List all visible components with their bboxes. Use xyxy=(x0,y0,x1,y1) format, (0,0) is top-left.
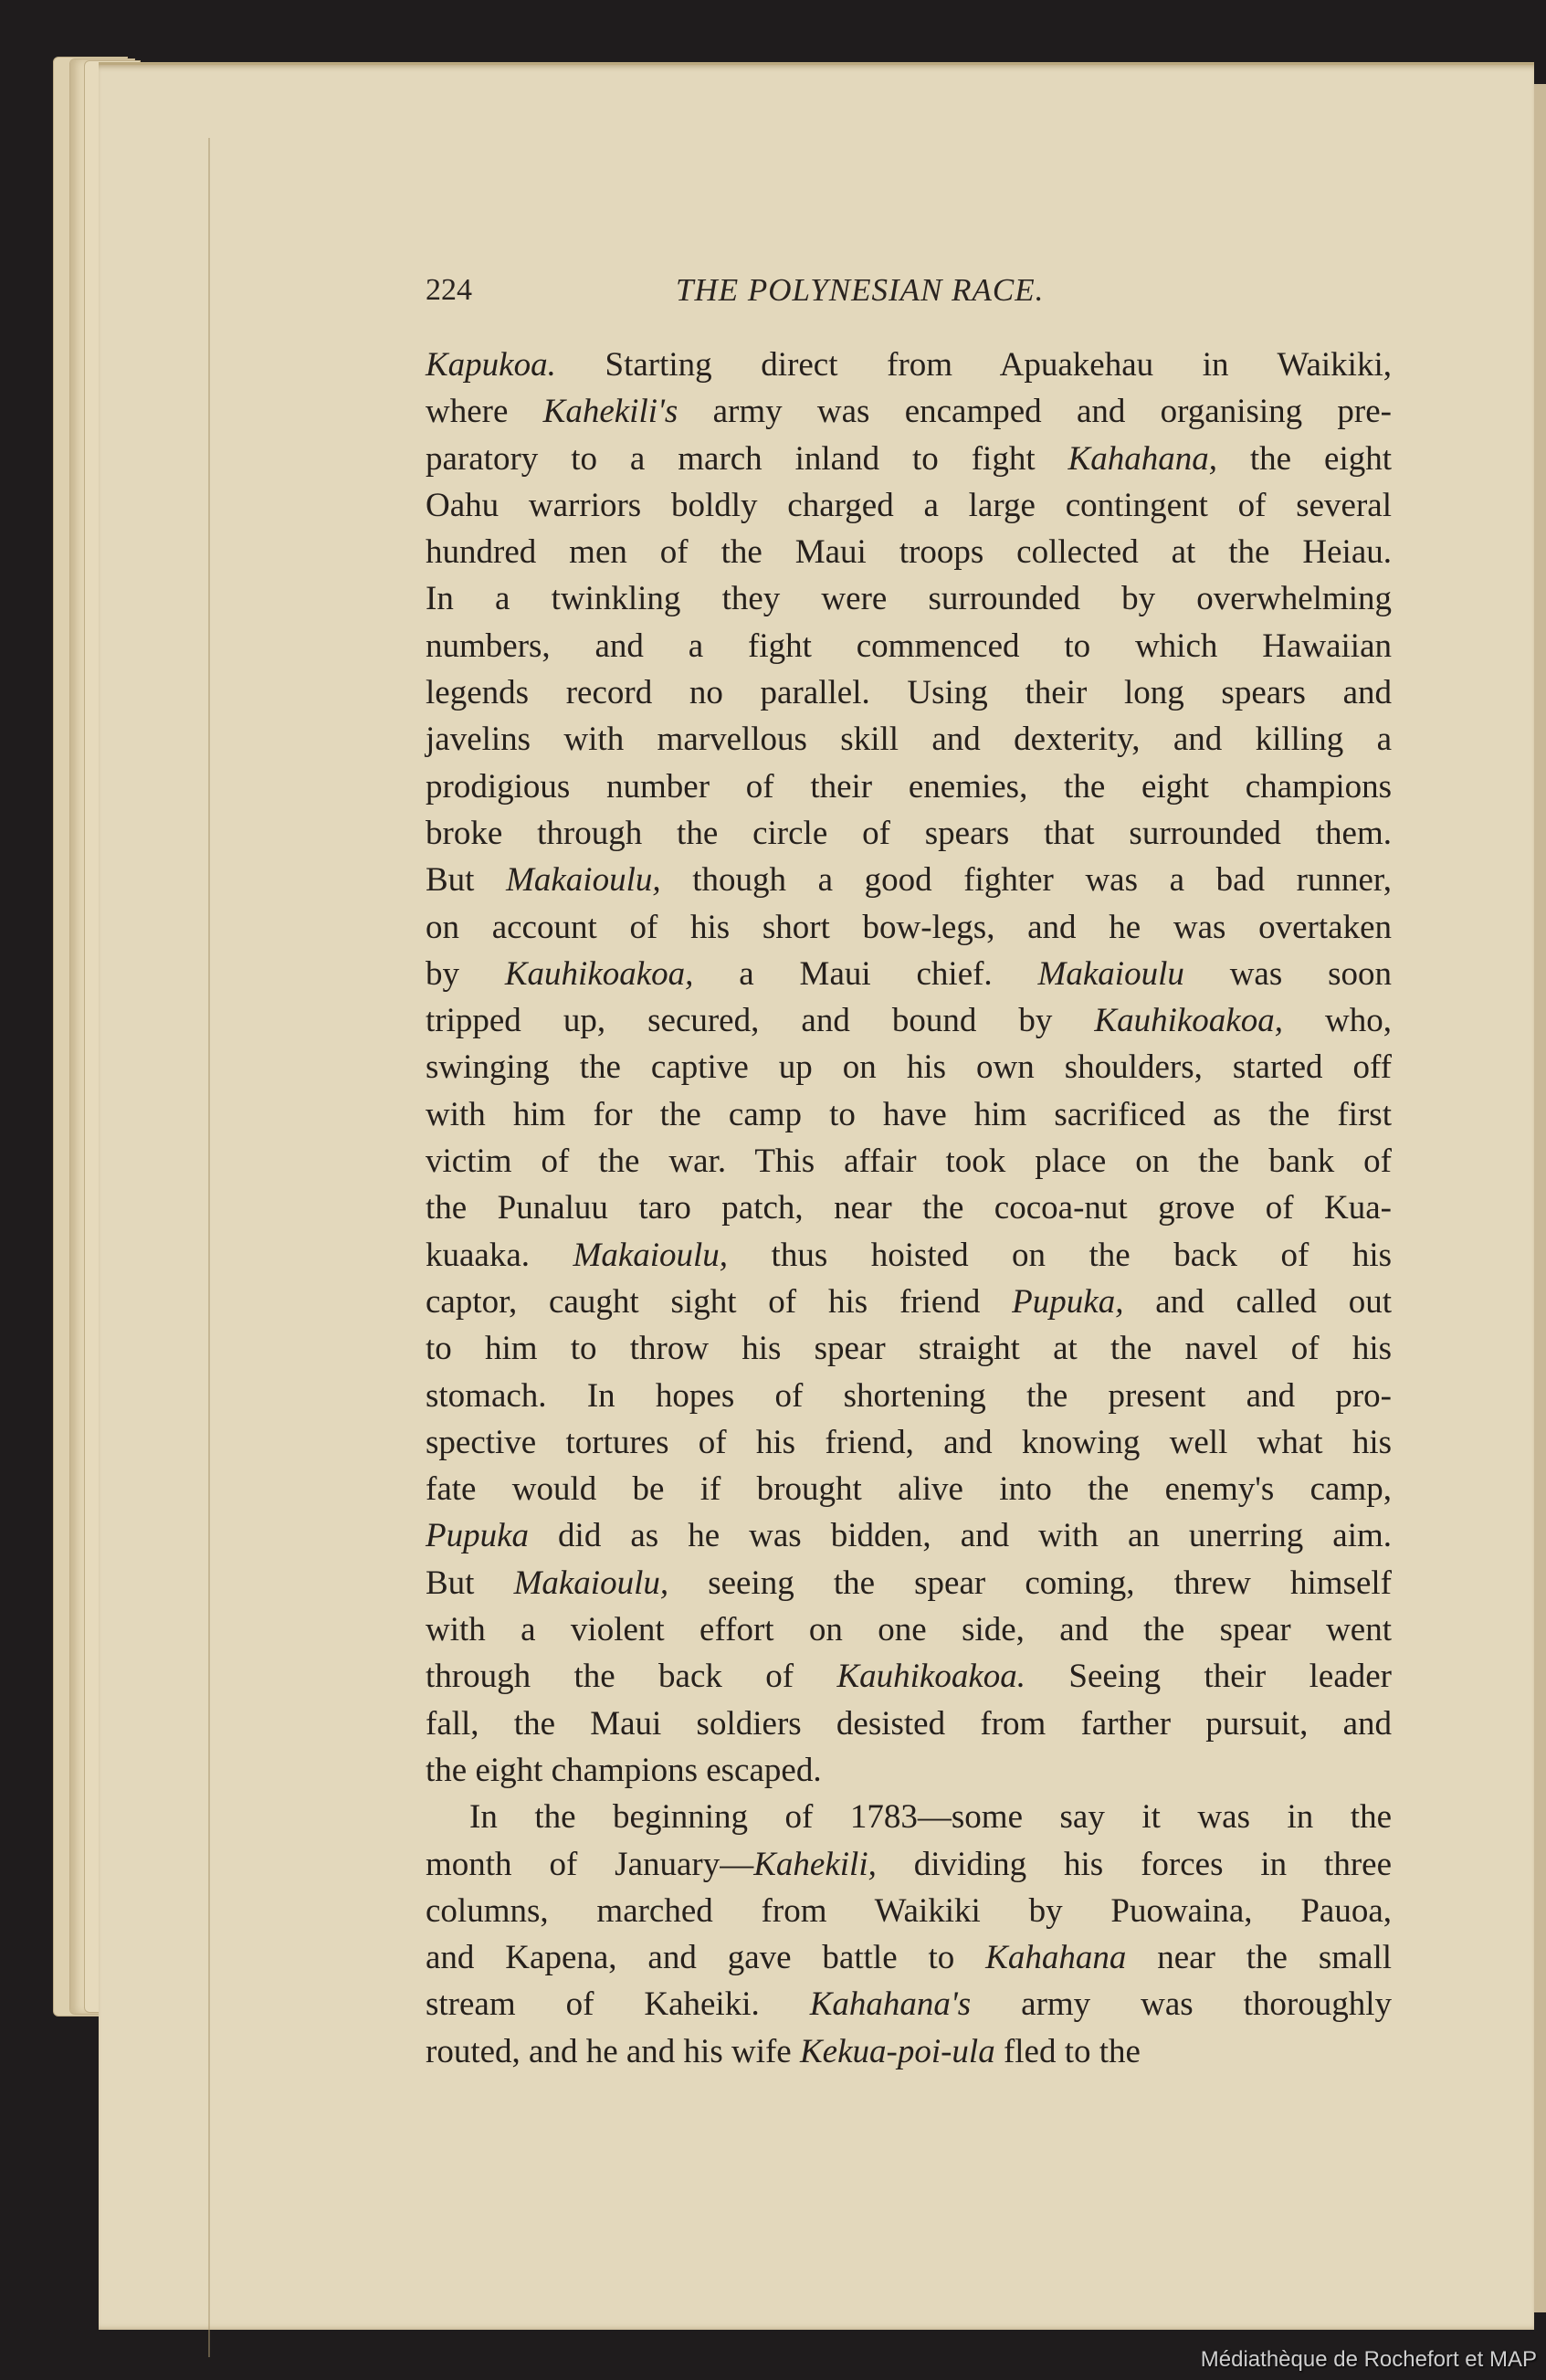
credit-watermark: Médiathèque de Rochefort et MAP xyxy=(1201,2347,1537,2373)
text-run: javelins with marvellous skill and dexte… xyxy=(426,721,1392,758)
italic-name: Makaioulu, xyxy=(573,1237,729,1274)
text-run: broke through the circle of spears that … xyxy=(426,815,1392,852)
text-run: army was thoroughly xyxy=(971,1985,1392,2023)
italic-name: Kahahana xyxy=(985,1939,1126,1976)
italic-name: Pupuka, xyxy=(1012,1283,1123,1321)
text-run: through the back of xyxy=(426,1658,836,1695)
text-run: a Maui chief. xyxy=(693,955,1037,993)
text-run: Starting direct from Apuakehau in Waikik… xyxy=(556,346,1392,384)
text-run: thus hoisted on the back of his xyxy=(728,1237,1392,1274)
text-line: the eight champions escaped. xyxy=(426,1747,1392,1794)
text-line: legends record no parallel. Using their … xyxy=(426,669,1392,716)
text-line: to him to throw his spear straight at th… xyxy=(426,1325,1392,1372)
italic-name: Kahekili's xyxy=(543,393,678,430)
text-run: Seeing their leader xyxy=(1025,1658,1392,1695)
italic-name: Makaioulu, xyxy=(506,861,661,899)
text-line: paratory to a march inland to fight Kaha… xyxy=(426,436,1392,482)
gutter-line xyxy=(208,138,210,2357)
text-line: numbers, and a fight commenced to which … xyxy=(426,623,1392,669)
text-run: and Kapena, and gave battle to xyxy=(426,1939,985,1976)
text-line: and Kapena, and gave battle to Kahahana … xyxy=(426,1934,1392,1981)
text-run: In a twinkling they were surrounded by o… xyxy=(426,580,1392,617)
text-line: broke through the circle of spears that … xyxy=(426,810,1392,857)
text-run: Oahu warriors boldly charged a large con… xyxy=(426,487,1392,524)
text-line: through the back of Kauhikoakoa. Seeing … xyxy=(426,1653,1392,1700)
italic-name: Pupuka xyxy=(426,1517,529,1554)
text-run: fate would be if brought alive into the … xyxy=(426,1470,1392,1508)
text-line: In a twinkling they were surrounded by o… xyxy=(426,575,1392,622)
text-run: month of January— xyxy=(426,1846,753,1883)
text-run: tripped up, secured, and bound by xyxy=(426,1002,1094,1039)
text-line: But Makaioulu, though a good fighter was… xyxy=(426,857,1392,903)
italic-name: Kahekili, xyxy=(753,1846,877,1883)
text-line: javelins with marvellous skill and dexte… xyxy=(426,716,1392,763)
text-run: legends record no parallel. Using their … xyxy=(426,674,1392,711)
text-run: with a violent effort on one side, and t… xyxy=(426,1611,1392,1648)
text-run: fled to the xyxy=(995,2033,1141,2070)
text-run: by xyxy=(426,955,505,993)
text-line: on account of his short bow-legs, and he… xyxy=(426,904,1392,951)
italic-name: Kauhikoakoa. xyxy=(836,1658,1025,1695)
text-run: and called out xyxy=(1123,1283,1392,1321)
text-run: near the small xyxy=(1126,1939,1392,1976)
text-line: kuaaka. Makaioulu, thus hoisted on the b… xyxy=(426,1232,1392,1279)
text-run: was soon xyxy=(1184,955,1392,993)
text-line: In the beginning of 1783—some say it was… xyxy=(426,1794,1392,1840)
text-run: the eight champions escaped. xyxy=(426,1752,822,1789)
text-run: dividing his forces in three xyxy=(877,1846,1392,1883)
text-line: captor, caught sight of his friend Pupuk… xyxy=(426,1279,1392,1325)
text-line: hundred men of the Maui troops collected… xyxy=(426,529,1392,575)
italic-name: Kahahana's xyxy=(810,1985,972,2023)
italic-name: Kauhikoakoa, xyxy=(505,955,694,993)
text-line: Oahu warriors boldly charged a large con… xyxy=(426,482,1392,529)
text-run: captor, caught sight of his friend xyxy=(426,1283,1012,1321)
text-run: swinging the captive up on his own shoul… xyxy=(426,1048,1392,1086)
paragraph: Kapukoa. Starting direct from Apuakehau … xyxy=(426,342,1392,1794)
text-run: seeing the spear coming, threw himself xyxy=(668,1564,1392,1602)
text-line: But Makaioulu, seeing the spear coming, … xyxy=(426,1560,1392,1606)
running-title: THE POLYNESIAN RACE. xyxy=(676,270,1044,311)
text-line: Kapukoa. Starting direct from Apuakehau … xyxy=(426,342,1392,388)
text-line: swinging the captive up on his own shoul… xyxy=(426,1044,1392,1090)
text-line: by Kauhikoakoa, a Maui chief. Makaioulu … xyxy=(426,951,1392,997)
text-run: kuaaka. xyxy=(426,1237,573,1274)
text-run: numbers, and a fight commenced to which … xyxy=(426,627,1392,665)
text-run: where xyxy=(426,393,543,430)
text-run: But xyxy=(426,861,506,899)
italic-name: Makaioulu xyxy=(1038,955,1184,993)
text-run: the Punaluu taro patch, near the cocoa-n… xyxy=(426,1189,1392,1227)
italic-name: Kekua-poi-ula xyxy=(800,2033,995,2070)
text-line: Pupuka did as he was bidden, and with an… xyxy=(426,1512,1392,1559)
text-run: stream of Kaheiki. xyxy=(426,1985,810,2023)
text-run: the eight xyxy=(1217,440,1392,478)
text-run: routed, and he and his wife xyxy=(426,2033,800,2070)
text-line: columns, marched from Waikiki by Puowain… xyxy=(426,1888,1392,1934)
page-number: 224 xyxy=(426,270,472,311)
italic-name: Kauhikoakoa, xyxy=(1094,1002,1283,1039)
text-run: did as he was bidden, and with an unerri… xyxy=(529,1517,1392,1554)
text-line: stomach. In hopes of shortening the pres… xyxy=(426,1373,1392,1419)
next-page-edge xyxy=(1534,84,1546,2312)
text-line: fall, the Maui soldiers desisted from fa… xyxy=(426,1701,1392,1747)
text-line: spective tortures of his friend, and kno… xyxy=(426,1419,1392,1466)
running-head: 224 THE POLYNESIAN RACE. xyxy=(426,270,1394,311)
text-run: to him to throw his spear straight at th… xyxy=(426,1330,1392,1367)
italic-name: Kahahana, xyxy=(1068,440,1217,478)
text-line: with a violent effort on one side, and t… xyxy=(426,1606,1392,1653)
text-line: prodigious number of their enemies, the … xyxy=(426,763,1392,810)
text-run: spective tortures of his friend, and kno… xyxy=(426,1424,1392,1461)
text-run: hundred men of the Maui troops collected… xyxy=(426,533,1392,571)
text-run: paratory to a march inland to fight xyxy=(426,440,1068,478)
text-line: tripped up, secured, and bound by Kauhik… xyxy=(426,997,1392,1044)
text-run: victim of the war. This affair took plac… xyxy=(426,1143,1392,1180)
text-run: fall, the Maui soldiers desisted from fa… xyxy=(426,1705,1392,1743)
text-line: where Kahekili's army was encamped and o… xyxy=(426,388,1392,435)
paragraph: In the beginning of 1783—some say it was… xyxy=(426,1794,1392,2075)
text-line: with him for the camp to have him sacrif… xyxy=(426,1091,1392,1138)
text-run: on account of his short bow-legs, and he… xyxy=(426,909,1392,946)
text-run: In the beginning of 1783—some say it was… xyxy=(469,1798,1392,1836)
text-run: with him for the camp to have him sacrif… xyxy=(426,1096,1392,1133)
text-line: month of January—Kahekili, dividing his … xyxy=(426,1841,1392,1888)
text-line: victim of the war. This affair took plac… xyxy=(426,1138,1392,1185)
italic-name: Makaioulu, xyxy=(514,1564,669,1602)
text-run: But xyxy=(426,1564,514,1602)
text-run: prodigious number of their enemies, the … xyxy=(426,768,1392,806)
italic-name: Kapukoa. xyxy=(426,346,556,384)
text-line: routed, and he and his wife Kekua-poi-ul… xyxy=(426,2028,1392,2075)
body-text: Kapukoa. Starting direct from Apuakehau … xyxy=(426,342,1392,2075)
text-run: who, xyxy=(1283,1002,1392,1039)
text-line: the Punaluu taro patch, near the cocoa-n… xyxy=(426,1185,1392,1231)
text-run: though a good fighter was a bad runner, xyxy=(661,861,1392,899)
text-line: stream of Kaheiki. Kahahana's army was t… xyxy=(426,1981,1392,2027)
text-line: fate would be if brought alive into the … xyxy=(426,1466,1392,1512)
text-run: columns, marched from Waikiki by Puowain… xyxy=(426,1892,1392,1930)
text-run: army was encamped and organising pre- xyxy=(678,393,1392,430)
text-run: stomach. In hopes of shortening the pres… xyxy=(426,1377,1392,1415)
